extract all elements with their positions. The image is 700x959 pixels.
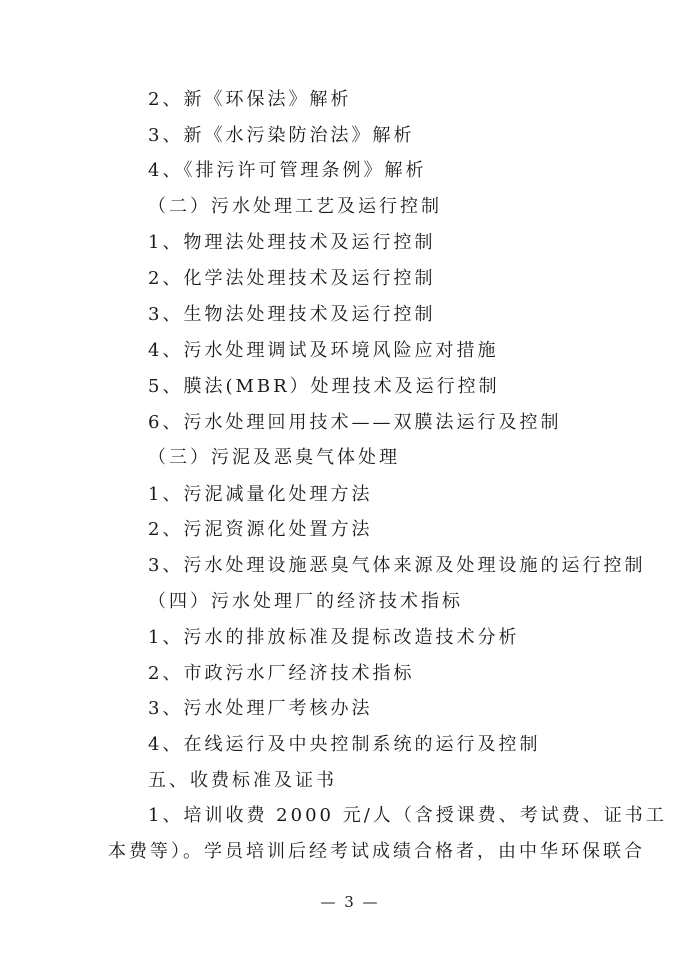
text-line: 5、膜法(MBR）处理技术及运行控制 (148, 376, 500, 398)
text-line: 1、污泥减量化处理方法 (148, 484, 372, 506)
text-line: 本费等）。学员培训后经考试成绩合格者，由中华环保联合 (108, 841, 645, 863)
text-line: （二）污水处理工艺及运行控制 (148, 196, 442, 218)
page-number: — 3 — (0, 893, 700, 911)
text-line: 4、在线运行及中央控制系统的运行及控制 (148, 734, 540, 756)
text-line: 2、市政污水厂经济技术指标 (148, 663, 414, 685)
text-line: 五、收费标准及证书 (148, 770, 337, 792)
text-line: 3、污水处理设施恶臭气体来源及处理设施的运行控制 (148, 555, 645, 577)
text-line: 3、新《水污染防治法》解析 (148, 125, 414, 147)
text-line: 3、污水处理厂考核办法 (148, 698, 372, 720)
text-line: 2、化学法处理技术及运行控制 (148, 268, 435, 290)
text-line: （四）污水处理厂的经济技术指标 (148, 591, 463, 613)
text-line: 6、污水处理回用技术——双膜法运行及控制 (148, 412, 561, 434)
text-line: 2、新《环保法》解析 (148, 89, 351, 111)
text-line: 1、培训收费 2000 元/人（含授课费、考试费、证书工 (148, 805, 667, 827)
text-line: 1、物理法处理技术及运行控制 (148, 232, 435, 254)
text-line: 4、污水处理调试及环境风险应对措施 (148, 340, 498, 362)
text-line: 2、污泥资源化处置方法 (148, 519, 372, 541)
text-line: 3、生物法处理技术及运行控制 (148, 304, 435, 326)
text-line: 1、污水的排放标准及提标改造技术分析 (148, 627, 519, 649)
text-line: 4、《排污许可管理条例》解析 (148, 160, 426, 182)
text-line: （三）污泥及恶臭气体处理 (148, 447, 400, 469)
